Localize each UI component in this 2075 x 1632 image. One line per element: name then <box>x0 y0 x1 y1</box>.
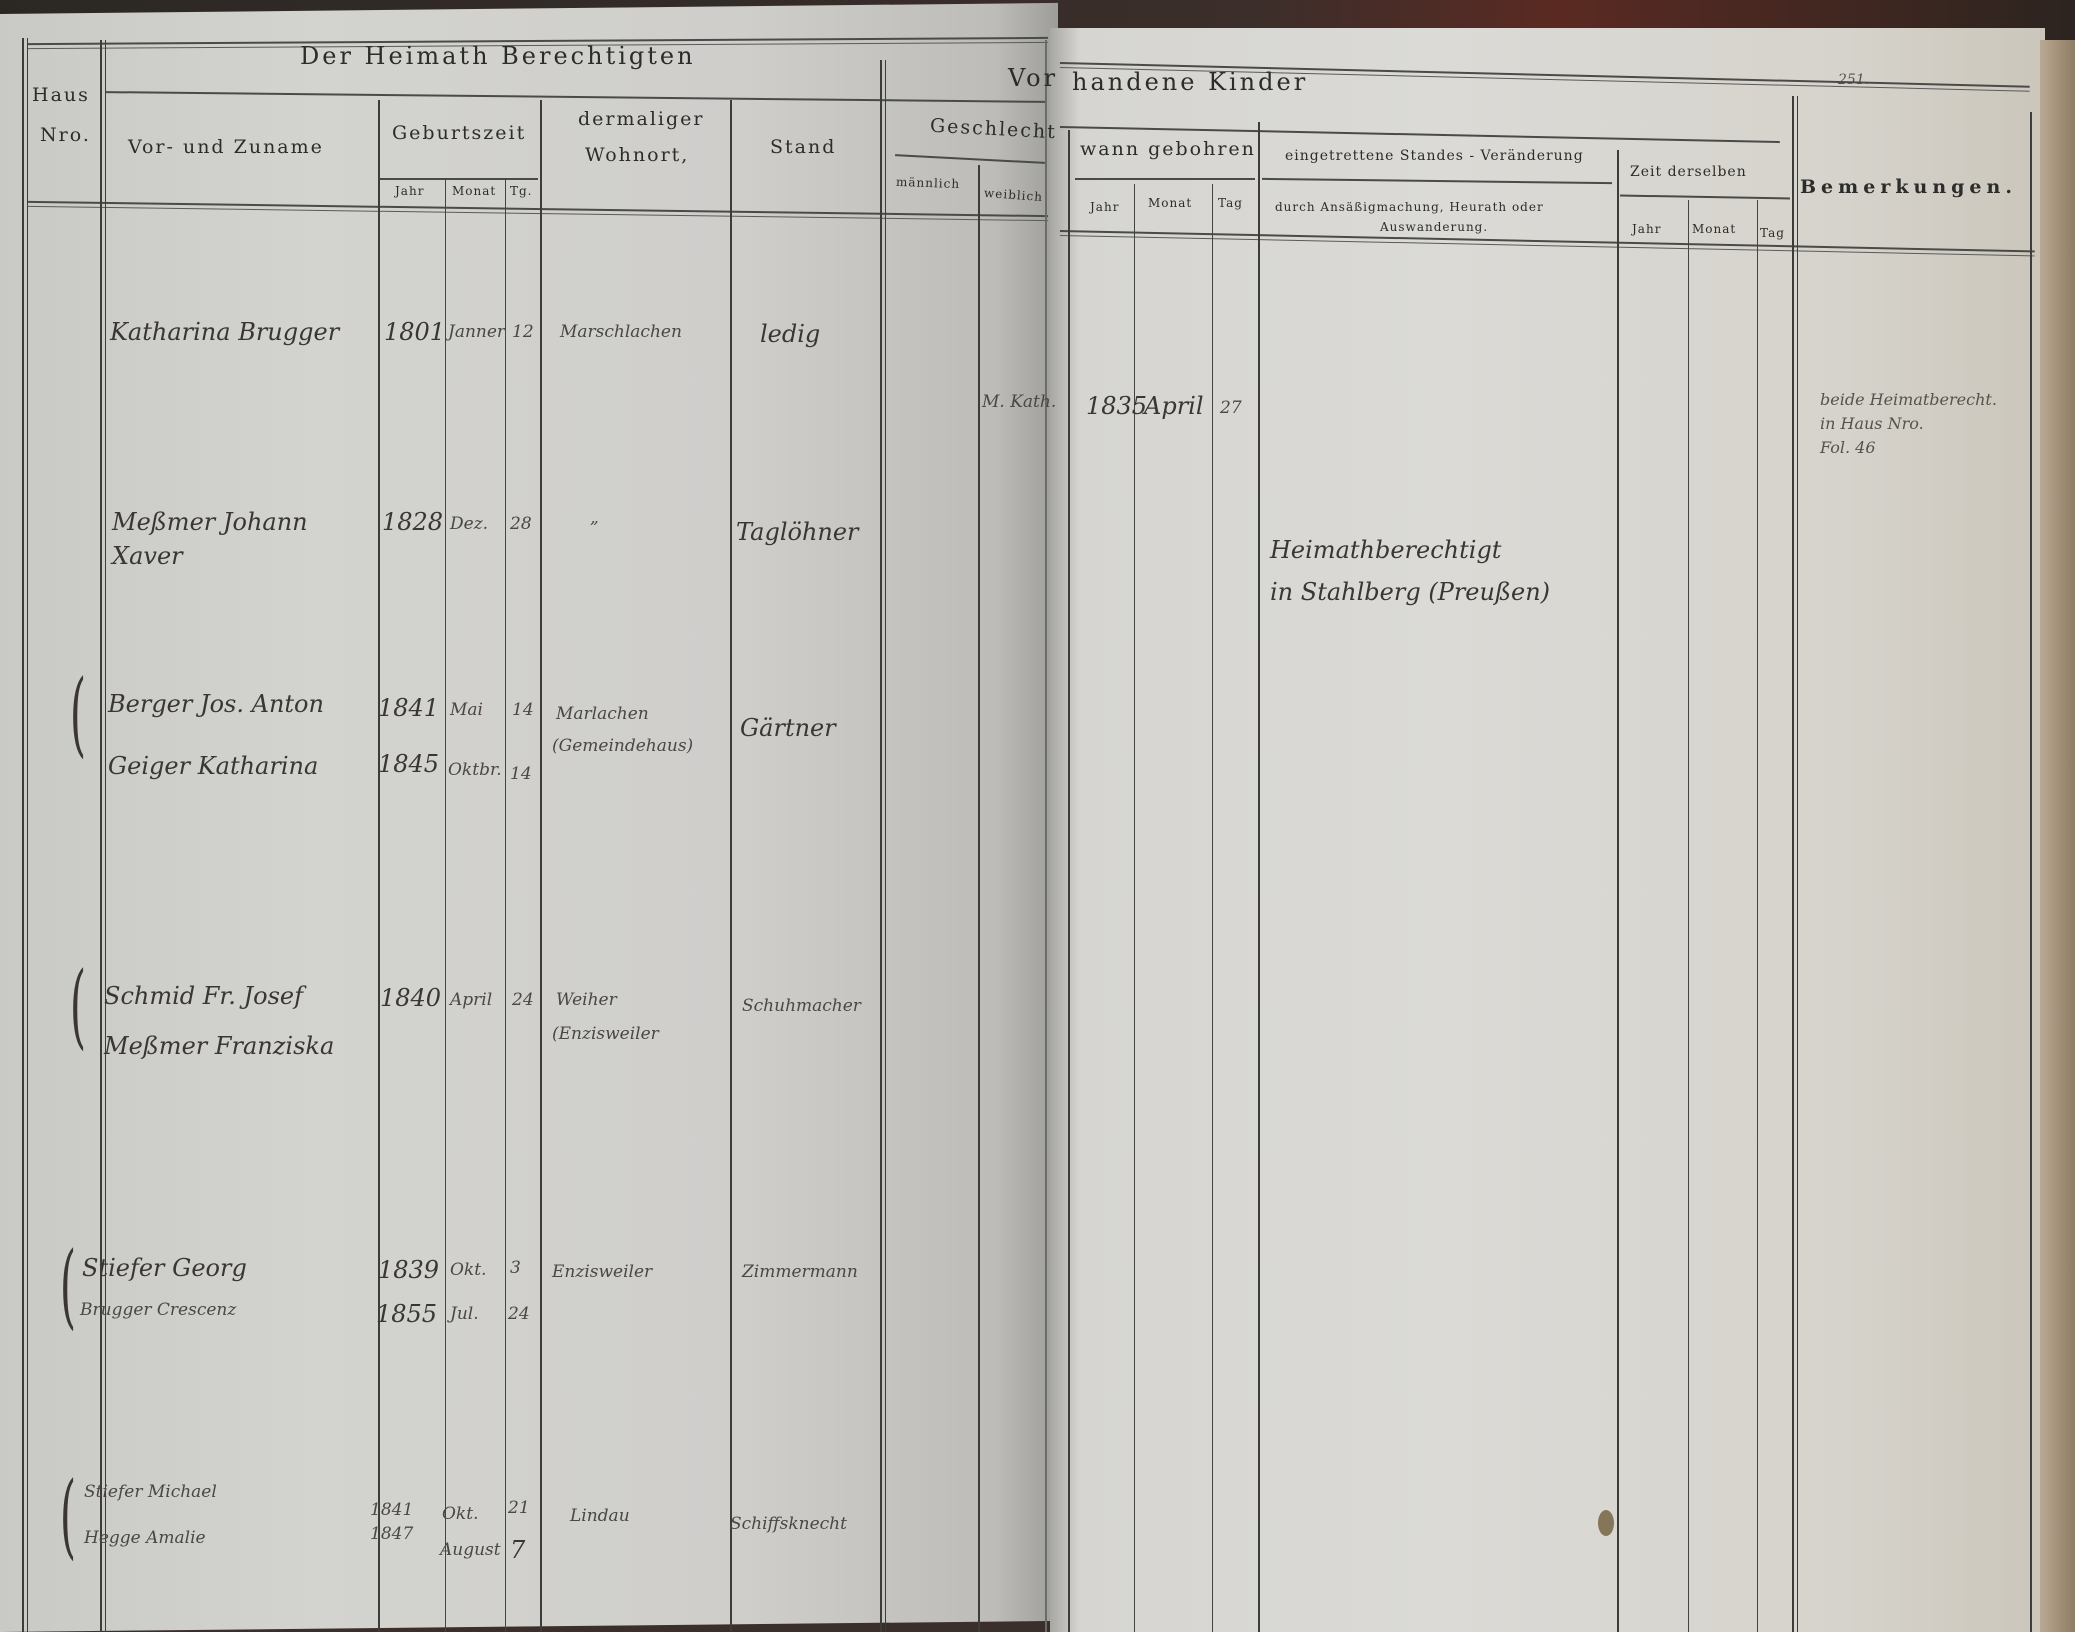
entry-6-tag-1: 21 <box>508 1498 530 1518</box>
entry-3-wohnort-2: (Gemeindehaus) <box>552 736 693 756</box>
entry-6-name-line-2: Hegge Amalie <box>84 1528 206 1548</box>
entry-6-jahr-2: 1847 <box>370 1524 413 1544</box>
geburtszeit-monat-label: Monat <box>452 184 496 198</box>
entry-6-jahr-1: 1841 <box>370 1500 413 1520</box>
entry-3-name-line-2: Geiger Katharina <box>108 752 318 780</box>
wohnort-header-2: Wohnort, <box>585 144 689 166</box>
left-border-line <box>22 38 28 1632</box>
right-title: handene Kinder <box>1072 68 1308 96</box>
veraenderung-header: eingetrettene Standes - Veränderung <box>1285 148 1584 164</box>
gutter-line-left <box>1045 40 1047 1632</box>
entry-1-wohnort: Marschlachen <box>560 322 682 342</box>
entry-6-tag-2: 7 <box>510 1536 525 1564</box>
monat-col-line <box>505 178 506 1632</box>
entry-5-name-line-1: Stiefer Georg <box>82 1254 247 1282</box>
entry-2-name-line-2: Xaver <box>112 542 183 570</box>
entry-6-monat-1: Okt. <box>442 1504 478 1524</box>
entry-1-tag: 12 <box>512 322 534 342</box>
vorhandene-prefix: Vor <box>1008 64 1058 92</box>
entry-1-note-line-3: Fol. 46 <box>1820 438 1876 457</box>
entry-1-note-line-2: in Haus Nro. <box>1820 414 1924 433</box>
entry-4-tag: 24 <box>512 990 534 1010</box>
entry-3-monat-2: Oktbr. <box>448 760 502 780</box>
stand-col-line <box>880 60 886 1632</box>
tag-col-line <box>540 100 542 1632</box>
veraenderung-col-line <box>1617 150 1619 1632</box>
veraenderung-sub-1: durch Ansäßigmachung, Heurath oder <box>1275 200 1544 214</box>
entry-6-stand: Schiffsknecht <box>730 1514 847 1534</box>
entry-2-tag: 28 <box>510 514 532 534</box>
entry-2-veraenderung-line-2: in Stahlberg (Preußen) <box>1270 578 1550 606</box>
entry-4-jahr: 1840 <box>380 984 441 1012</box>
haus-label: Haus <box>32 84 90 106</box>
geburtszeit-tag-label: Tg. <box>510 184 533 198</box>
bemerkungen-col-line <box>1792 96 1798 1632</box>
entry-2-stand: Taglöhner <box>736 518 859 546</box>
zeit-tag-label: Tag <box>1760 226 1785 240</box>
entry-4-wohnort-1: Weiher <box>556 990 617 1010</box>
wohnort-col-line <box>730 100 732 1632</box>
entry-3-jahr-1: 1841 <box>378 694 439 722</box>
right-border-line <box>2030 112 2032 1632</box>
entry-5-tag-2: 24 <box>508 1304 530 1324</box>
child-monat-col-line <box>1212 184 1213 1632</box>
maennlich-label: männlich <box>896 175 961 191</box>
entry-6-wohnort: Lindau <box>570 1506 630 1526</box>
entry-4-wohnort-2: (Enzisweiler <box>552 1024 659 1044</box>
entry-4-name-line-2: Meßmer Franziska <box>104 1032 334 1060</box>
geburtszeit-sub-rule <box>380 178 538 180</box>
entry-1-stand: ledig <box>760 320 820 348</box>
geburtszeit-header: Geburtszeit <box>392 122 526 144</box>
entry-5-tag-1: 3 <box>510 1258 521 1278</box>
child-monat-label: Monat <box>1148 196 1192 210</box>
entry-2-name-line-1: Meßmer Johann <box>112 508 308 536</box>
zeit-jahr-label: Jahr <box>1632 222 1661 236</box>
jahr-col-line <box>445 178 446 1632</box>
entry-5-wohnort: Enzisweiler <box>552 1262 652 1282</box>
right-left-border-line <box>1068 130 1070 1632</box>
wohnort-header-1: dermaliger <box>578 108 704 130</box>
entry-2-monat: Dez. <box>450 514 488 534</box>
zeit-monat-col-line <box>1757 200 1758 1632</box>
entry-5-monat-2: Jul. <box>450 1304 479 1324</box>
entry-6-name-line-1: Stiefer Michael <box>84 1482 217 1502</box>
name-header: Vor- und Zuname <box>128 136 324 158</box>
entry-5-stand: Zimmermann <box>742 1262 858 1282</box>
zeit-monat-label: Monat <box>1692 222 1736 236</box>
wann-sub-rule <box>1075 178 1255 180</box>
entry-5-jahr-1: 1839 <box>378 1256 439 1284</box>
entry-5-brace: ( <box>60 1240 76 1332</box>
entry-4-stand: Schuhmacher <box>742 996 861 1016</box>
entry-6-brace: ( <box>60 1470 76 1562</box>
entry-5-jahr-2: 1855 <box>376 1300 437 1328</box>
entry-1-monat: Janner <box>448 322 505 342</box>
nro-label: Nro. <box>40 124 91 146</box>
veraenderung-sub-2: Auswanderung. <box>1380 220 1488 234</box>
zeit-header: Zeit derselben <box>1630 164 1747 180</box>
zeit-jahr-col-line <box>1688 200 1689 1632</box>
entry-1-note-line-1: beide Heimatberecht. <box>1820 390 1997 409</box>
entry-3-stand: Gärtner <box>740 714 836 742</box>
child-jahr-label: Jahr <box>1090 200 1119 214</box>
left-page <box>0 3 1058 1632</box>
stand-header: Stand <box>770 136 836 158</box>
maennlich-col-line <box>978 165 980 1632</box>
entry-6-monat-2: August <box>440 1540 501 1560</box>
entry-3-tag-2: 14 <box>510 764 532 784</box>
entry-3-brace: ( <box>70 668 86 760</box>
entry-2-jahr: 1828 <box>382 508 443 536</box>
entry-1-child-monat: April <box>1144 392 1204 420</box>
entry-3-tag-1: 14 <box>512 700 534 720</box>
entry-1-child-sex: M. Kath. <box>982 392 1056 412</box>
entry-4-brace: ( <box>70 960 86 1052</box>
entry-1-child-jahr: 1835 <box>1086 392 1147 420</box>
entry-5-monat-1: Okt. <box>450 1260 486 1280</box>
haus-col-line <box>100 40 106 1632</box>
entry-2-veraenderung-line-1: Heimathberechtigt <box>1270 536 1501 564</box>
entry-1-jahr: 1801 <box>384 318 445 346</box>
right-page <box>1050 28 2045 1632</box>
entry-5-name-line-2: Brugger Crescenz <box>80 1300 236 1320</box>
ink-stain <box>1598 1510 1614 1536</box>
bemerkungen-header: Bemerkungen. <box>1800 176 2017 198</box>
entry-4-name-line-1: Schmid Fr. Josef <box>104 982 303 1010</box>
entry-3-name-line-1: Berger Jos. Anton <box>108 690 324 718</box>
entry-2-wohnort-ditto: „ <box>590 508 599 528</box>
child-tag-label: Tag <box>1218 196 1243 210</box>
name-col-line <box>378 100 380 1632</box>
entry-1-child-tag: 27 <box>1220 398 1242 418</box>
child-tag-col-line <box>1258 122 1260 1632</box>
left-title: Der Heimath Berechtigten <box>300 42 696 70</box>
geburtszeit-jahr-label: Jahr <box>395 184 424 198</box>
wann-gebohren-header: wann gebohren <box>1080 138 1256 160</box>
entry-3-monat-1: Mai <box>450 700 483 720</box>
entry-4-monat: April <box>450 990 492 1010</box>
entry-1-name: Katharina Brugger <box>110 318 339 346</box>
entry-3-jahr-2: 1845 <box>378 750 439 778</box>
entry-3-wohnort-1: Marlachen <box>556 704 649 724</box>
page-edge <box>2040 40 2075 1632</box>
